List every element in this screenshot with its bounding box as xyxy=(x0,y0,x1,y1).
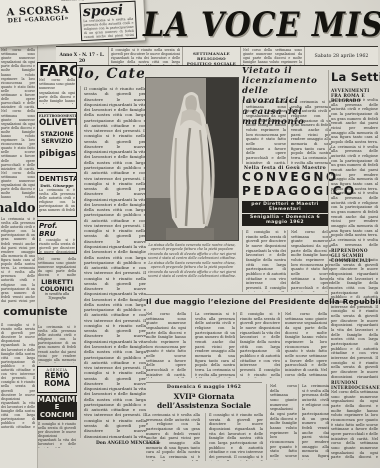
giornata-text-col2: Il consiglio si è riunito nella serata d… xyxy=(205,413,263,461)
settimana-text-1: La cerimonia si è svolta alla presenza d… xyxy=(331,98,378,246)
ads-column-text-2: La cerimonia si è svolta alla presenza d… xyxy=(38,325,76,363)
left-strip-text-1: Nel corso della settimana sono giunte nu… xyxy=(1,48,35,198)
ads-column-text-3: Il consiglio si è riunito nella serata d… xyxy=(38,422,76,448)
elezione-text-col4: Nel corso della settimana sono giunte nu… xyxy=(281,312,327,378)
settimana-text-2: Il consiglio si è riunito nella serata d… xyxy=(331,258,378,378)
convegno-text-col2: Nel corso della settimana sono giunte nu… xyxy=(287,230,331,292)
elezione-text-col1: Nel corso della settimana sono giunte nu… xyxy=(146,312,186,378)
photo-caption: La statua della Santa venerata nella nos… xyxy=(146,243,238,293)
corner-article-title: A SCORSA DEI «GARAGGI» xyxy=(1,5,76,25)
mangimi-ad-line2: E CONCIMI xyxy=(37,404,77,419)
sposi-ad: sposi La cerimonia si è svolta alla pres… xyxy=(80,1,138,42)
bottom-text-col1: Nel corso della settimana sono giunte nu… xyxy=(266,384,297,460)
prof-ad-title: Prof. BRU xyxy=(39,222,75,238)
elezione-headline: Il due maggio l’elezione del Presidente … xyxy=(146,297,328,306)
convegno-block: Nella festa di Gesù Maestro CONVEGNO PED… xyxy=(242,166,328,226)
giornata-headline: XVIIª Giornata dell’Assistenza Sociale xyxy=(146,393,262,411)
remo-ad-title: REMO ROMA xyxy=(39,372,75,387)
masthead-title: LA VOCE MISENA xyxy=(143,6,380,45)
libretti-ad-line2: COLONICI xyxy=(37,286,77,293)
cut-headline-comuniste: e comuniste xyxy=(0,305,72,318)
giornata-kicker: Domenica 6 maggio 1962 xyxy=(146,385,262,390)
settimana-subhead-3: RIUNIONI INTERDIOCESANE xyxy=(331,380,378,390)
cut-headline-inaldo: inaldo xyxy=(0,201,38,216)
weekly-line2: POLITICO SOCIALE xyxy=(185,61,238,65)
dentista-ad-title: DENTISTA xyxy=(39,174,75,183)
statue-photo xyxy=(146,78,238,240)
issue-date: Sabato 28 aprile 1962 xyxy=(307,54,376,59)
bottom-text-col2: La cerimonia si è svolta alla presenza d… xyxy=(298,384,329,460)
olivetti-ad-title: OLIVETTI xyxy=(39,118,75,128)
issue-date-cell: Sabato 28 aprile 1962 xyxy=(304,47,378,65)
pibigas-ad-title: pibigas xyxy=(39,149,75,159)
remo-ad: AGENZIA REMO ROMA xyxy=(37,366,77,393)
elezione-band-rule xyxy=(146,294,328,295)
folded-corner: Nel corso della settimana sono giunte nu… xyxy=(0,0,146,48)
sposi-ad-text: La cerimonia si è svolta alla presenza d… xyxy=(83,17,134,39)
convegno-title-line2: PEDAGOGICO xyxy=(242,185,328,199)
dentista-ad: DENTISTA Dott. Giuseppe La cerimonia si … xyxy=(37,172,77,217)
left-strip-text-3: Il consiglio si è riunito nella serata d… xyxy=(1,323,35,429)
convegno-bar1: per Direttori e Maestri Elementari xyxy=(242,201,328,213)
weekly-type: SETTIMANALE RELIGIOSO POLITICO SOCIALE xyxy=(182,47,240,65)
newspaper-front-page: Nel corso della settimana sono giunte nu… xyxy=(0,0,380,468)
dentista-ad-text: La cerimonia si è svolta alla presenza d… xyxy=(39,188,75,212)
giornata-text-col1: La cerimonia si è svolta alla presenza d… xyxy=(146,413,200,461)
elezione-text-col2: La cerimonia si è svolta alla presenza d… xyxy=(191,312,235,378)
convegno-bar2: Senigallia - Domenica 6 maggio 1962 xyxy=(242,214,328,226)
masthead-infobar: Anno X - N. 17 - L. 20 Il consiglio si è… xyxy=(56,46,378,66)
caterina-article-text: Il consiglio si è riunito nella serata d… xyxy=(80,86,146,438)
prof-ad-text: Il consiglio si è riunito nella serata d… xyxy=(39,238,75,254)
mangimi-ad: MANGIMI E CONCIMI xyxy=(37,395,77,420)
libretti-ad: LIBRETTI COLONICI in vendita alla Tipogr… xyxy=(37,279,77,305)
subscription-info-text: Nel corso della settimana sono giunte nu… xyxy=(240,47,304,65)
convegno-text-col1: Il consiglio si è riunito nella serata d… xyxy=(242,230,286,292)
convegno-title-line1: CONVEGNO xyxy=(242,171,328,185)
ads-column-text-1: Nel corso della settimana sono giunte nu… xyxy=(38,257,76,277)
libretti-ad-sub: in vendita alla Tipografia xyxy=(37,292,77,300)
giornata-rule xyxy=(146,382,262,383)
faro-ad-text: Nel corso della settimana sono giunte nu… xyxy=(39,78,75,104)
corner-title-line2: DEI «GARAGGI» xyxy=(1,16,75,25)
settimana-title: La Settimana xyxy=(331,70,380,84)
olivetti-ad-line2: SERVIZIO xyxy=(39,138,75,145)
elezione-text-col3: Il consiglio si è riunito nella serata d… xyxy=(236,312,280,378)
faro-ad: FARO Nel corso della settimana sono giun… xyxy=(37,62,77,109)
olivetti-ad-line1: STAZIONE xyxy=(39,131,75,138)
caterina-headline: lo, Caterina xyxy=(78,66,144,82)
settimana-text-3: Nel corso della settimana sono giunte nu… xyxy=(331,390,378,460)
vietato-text-col1: Nel corso della settimana sono giunte nu… xyxy=(242,100,286,164)
faro-ad-title: FARO xyxy=(39,64,75,78)
prof-ad: Prof. BRU Il consiglio si è riunito nell… xyxy=(37,220,77,254)
statue-photo-image xyxy=(146,78,238,240)
admin-info-text: Il consiglio si è riunito nella serata d… xyxy=(108,47,182,65)
vietato-line1: Vietato il licenziamento xyxy=(242,66,328,86)
olivetti-ad: ELETTRODOMESTICI OLIVETTI STAZIONE SERVI… xyxy=(37,112,77,169)
left-strip-text-2: La cerimonia si è svolta alla presenza d… xyxy=(1,217,35,303)
weekly-line1: SETTIMANALE RELIGIOSO xyxy=(185,51,238,61)
vietato-text-col2: La cerimonia si è svolta alla presenza d… xyxy=(287,100,331,164)
